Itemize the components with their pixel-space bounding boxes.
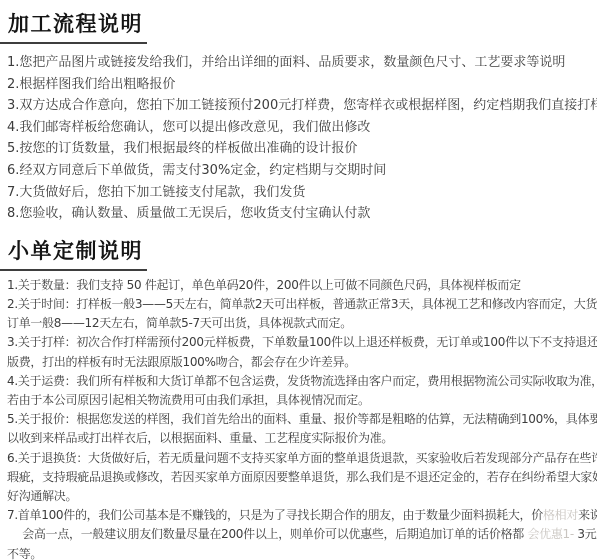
policy-item: 2.关于时间：打样板一般3——5天左右，简单款2天可出样板，普通款正常3天，具体… (7, 295, 597, 333)
text-run: 3.关于打样：初次合作打样需预付200元样板费，下单数量100件以上退还样板费，… (7, 335, 597, 349)
text-line: 8.您验收，确认数量、质量做工无误后，您收货支付宝确认付款 (7, 203, 597, 225)
policy-item: 4.关于运费：我们所有样板和大货订单都不包含运费，发货物流选择由客户而定，费用根… (7, 372, 597, 410)
section-small-order-custom: 小单定制说明 1.关于数量：我们支持 50 件起订，单色单码20件，200件以上… (0, 239, 600, 560)
text-run: 1.关于数量：我们支持 50 件起订，单色单码20件，200件以上可做不同颜色尺… (7, 278, 521, 292)
text-run: 2.关于时间：打样板一般3——5天左右，简单款2天可出样板，普通款正常3天，具体… (7, 297, 597, 311)
policy-item: 1.关于数量：我们支持 50 件起订，单色单码20件，200件以上可做不同颜色尺… (7, 276, 597, 295)
text-line: 1.关于数量：我们支持 50 件起订，单色单码20件，200件以上可做不同颜色尺… (7, 276, 597, 295)
section-processing-flow: 加工流程说明 1.您把产品图片或链接发给我们，并给出详细的面料、品质要求，数量颜… (0, 0, 600, 225)
text-run: 瑕疵，支持瑕疵品退换或修改，若因买家单方面原因要整单退货，那么我们是不退还定金的… (7, 470, 597, 484)
faded-watermark-text: 会优惠1- (527, 527, 573, 541)
policy-item: 5.关于报价：根据您发送的样图，我们首先给出的面料、重量、报价等都是粗略的估算，… (7, 410, 597, 448)
process-step: 7.大货做好后，您拍下加工链接支付尾款，我们发货 (7, 182, 597, 204)
text-line: 2.关于时间：打样板一般3——5天左右，简单款2天可出样板，普通款正常3天，具体… (7, 295, 597, 314)
process-step: 3.双方达成合作意向，您拍下加工链接预付200元打样费，您寄样衣或根据样图，约定… (7, 95, 597, 117)
text-run: 1.您把产品图片或链接发给我们，并给出详细的面料、品质要求，数量颜色尺寸、工艺要… (7, 55, 565, 70)
policy-item: 7.首单100件的，我们公司基本是不赚钱的，只是为了寻找长期合作的朋友，由于数量… (7, 506, 597, 560)
text-line: 若由于本公司原因引起相关物流费用可由我们承担，具体视情况而定。 (7, 391, 597, 410)
policy-item: 6.关于退换货：大货做好后，若无质量问题不支持买家单方面的整单退货退款，买家验收… (7, 449, 597, 507)
text-line: 1.您把产品图片或链接发给我们，并给出详细的面料、品质要求，数量颜色尺寸、工艺要… (7, 52, 597, 74)
text-run: 4.关于运费：我们所有样板和大货订单都不包含运费，发货物流选择由客户而定，费用根… (7, 374, 597, 388)
text-run: 好沟通解决。 (7, 489, 77, 503)
text-line: 4.我们邮寄样板给您确认，您可以提出修改意见，我们做出修改 (7, 117, 597, 139)
text-run: 2.根据样图我们给出粗略报价 (7, 77, 175, 92)
text-run: 来说 (578, 508, 597, 522)
text-run: 3.双方达成合作意向，您拍下加工链接预付200元打样费，您寄样衣或根据样图，约定… (7, 98, 597, 113)
text-run: 6.经双方同意后下单做货，需支付30%定金，约定档期与交期时间 (7, 163, 386, 178)
text-line: 4.关于运费：我们所有样板和大货订单都不包含运费，发货物流选择由客户而定，费用根… (7, 372, 597, 391)
text-run: 7.首单100件的，我们公司基本是不赚钱的，只是为了寻找长期合作的朋友，由于数量… (7, 508, 543, 522)
text-line: 会高一点，一般建议朋友们数量尽量在200件以上，则单价可以优惠些，后期追加订单的… (7, 525, 597, 544)
text-line: 6.关于退换货：大货做好后，若无质量问题不支持买家单方面的整单退货退款，买家验收… (7, 449, 597, 468)
text-line: 以收到来样品或打出样衣后，以根据面料、重量、工艺程度实际报价为准。 (7, 429, 597, 448)
text-line: 7.大货做好后，您拍下加工链接支付尾款，我们发货 (7, 182, 597, 204)
text-line: 7.首单100件的，我们公司基本是不赚钱的，只是为了寻找长期合作的朋友，由于数量… (7, 506, 597, 525)
processing-flow-title: 加工流程说明 (0, 0, 600, 37)
text-run: 会高一点，一般建议朋友们数量尽量在200件以上，则单价可以优惠些，后期追加订单的… (7, 527, 527, 541)
processing-flow-list: 1.您把产品图片或链接发给我们，并给出详细的面料、品质要求，数量颜色尺寸、工艺要… (0, 52, 600, 225)
process-step: 5.按您的订货数量，我们根据最终的样板做出准确的设计报价 (7, 138, 597, 160)
text-run: 8.您验收，确认数量、质量做工无误后，您收货支付宝确认付款 (7, 206, 370, 221)
text-line: 2.根据样图我们给出粗略报价 (7, 74, 597, 96)
text-line: 版费，打出的样板有时无法跟原版100%吻合，都会存在少许差异。 (7, 353, 597, 372)
process-step: 8.您验收，确认数量、质量做工无误后，您收货支付宝确认付款 (7, 203, 597, 225)
text-run: 版费，打出的样板有时无法跟原版100%吻合，都会存在少许差异。 (7, 355, 356, 369)
text-run: 6.关于退换货：大货做好后，若无质量问题不支持买家单方面的整单退货退款，买家验收… (7, 451, 597, 465)
text-run: 4.我们邮寄样板给您确认，您可以提出修改意见，我们做出修改 (7, 120, 370, 135)
text-line: 5.按您的订货数量，我们根据最终的样板做出准确的设计报价 (7, 138, 597, 160)
text-run: 5.按您的订货数量，我们根据最终的样板做出准确的设计报价 (7, 141, 357, 156)
text-run: 若由于本公司原因引起相关物流费用可由我们承担，具体视情况而定。 (7, 393, 370, 407)
faded-watermark-text: 格相对 (543, 508, 578, 522)
small-order-custom-title: 小单定制说明 (0, 239, 600, 264)
text-line: 订单一般8——12天左右，简单款5-7天可出货，具体视款式而定。 (7, 314, 597, 333)
text-run: 订单一般8——12天左右，简单款5-7天可出货，具体视款式而定。 (7, 316, 352, 330)
document-page: 加工流程说明 1.您把产品图片或链接发给我们，并给出详细的面料、品质要求，数量颜… (0, 0, 600, 560)
text-run: 5.关于报价：根据您发送的样图，我们首先给出的面料、重量、报价等都是粗略的估算，… (7, 412, 597, 426)
text-run: 以收到来样品或打出样衣后，以根据面料、重量、工艺程度实际报价为准。 (7, 431, 393, 445)
small-order-custom-list: 1.关于数量：我们支持 50 件起订，单色单码20件，200件以上可做不同颜色尺… (0, 276, 600, 560)
text-line: 3.双方达成合作意向，您拍下加工链接预付200元打样费，您寄样衣或根据样图，约定… (7, 95, 597, 117)
text-run: 7.大货做好后，您拍下加工链接支付尾款，我们发货 (7, 185, 305, 200)
text-line: 5.关于报价：根据您发送的样图，我们首先给出的面料、重量、报价等都是粗略的估算，… (7, 410, 597, 429)
process-step: 4.我们邮寄样板给您确认，您可以提出修改意见，我们做出修改 (7, 117, 597, 139)
text-run: 不等。 (7, 547, 42, 560)
text-line: 好沟通解决。 (7, 487, 597, 506)
text-line: 3.关于打样：初次合作打样需预付200元样板费，下单数量100件以上退还样板费，… (7, 333, 597, 352)
process-step: 6.经双方同意后下单做货，需支付30%定金，约定档期与交期时间 (7, 160, 597, 182)
text-line: 不等。 (7, 545, 597, 560)
policy-item: 3.关于打样：初次合作打样需预付200元样板费，下单数量100件以上退还样板费，… (7, 333, 597, 371)
title-underline (0, 269, 147, 271)
process-step: 1.您把产品图片或链接发给我们，并给出详细的面料、品质要求，数量颜色尺寸、工艺要… (7, 52, 597, 74)
text-line: 6.经双方同意后下单做货，需支付30%定金，约定档期与交期时间 (7, 160, 597, 182)
text-run: 3元 (574, 527, 597, 541)
title-underline (0, 42, 147, 44)
text-line: 瑕疵，支持瑕疵品退换或修改，若因买家单方面原因要整单退货，那么我们是不退还定金的… (7, 468, 597, 487)
process-step: 2.根据样图我们给出粗略报价 (7, 74, 597, 96)
